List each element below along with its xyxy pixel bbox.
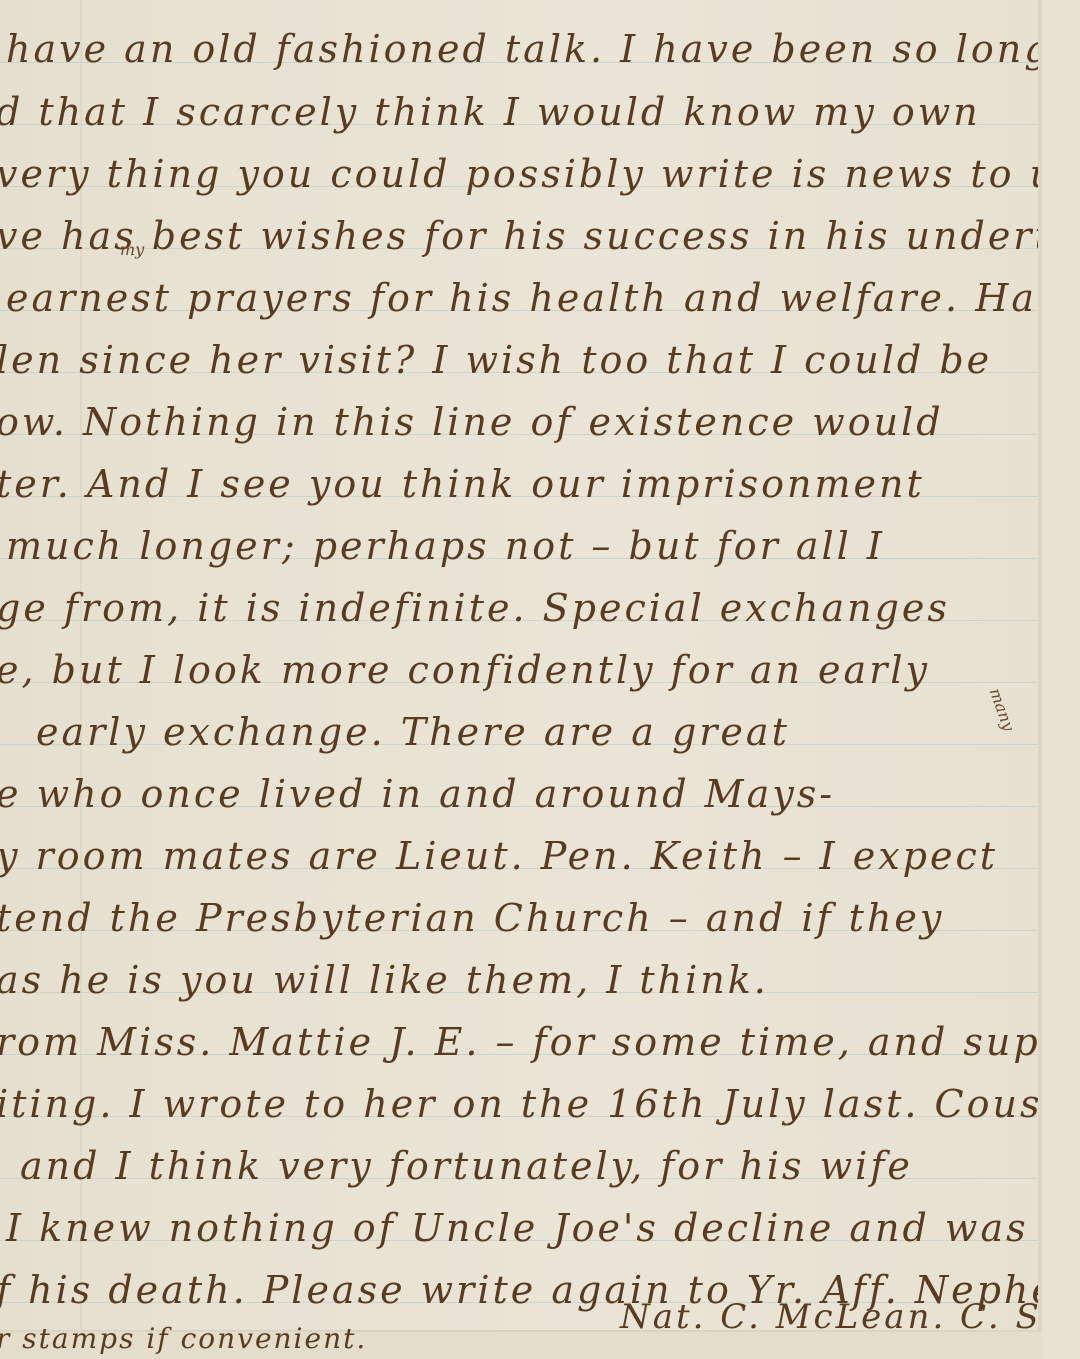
letter-paper: have an old fashioned talk. I have been … [0,0,1040,1330]
letter-line: much longer; perhaps not – but for all I [6,527,1046,565]
letter-line: rom Miss. Mattie J. E. – for some time, … [0,1023,1036,1061]
letter-line: iting. I wrote to her on the 16th July l… [0,1085,1036,1123]
signature: Nat. C. McLean. C. S. A. [620,1300,1040,1334]
letter-line: very thing you could possibly write is n… [0,155,1036,193]
letter-line: and I think very fortunately, for his wi… [20,1147,1060,1185]
mat-border [1042,0,1080,1359]
letter-line: ow. Nothing in this line of existence wo… [0,403,1036,441]
letter-line: e who once lived in and around Mays- [0,775,1036,813]
letter-page: have an old fashioned talk. I have been … [0,0,1080,1359]
letter-line: earnest prayers for his health and welfa… [6,279,1046,317]
letter-line: as he is you will like them, I think. [0,961,1036,999]
letter-line: have an old fashioned talk. I have been … [6,30,1046,68]
letter-line: I knew nothing of Uncle Joe's decline an… [6,1209,1046,1247]
letter-line: early exchange. There are a great [36,713,1076,751]
letter-line: ter. And I see you think our imprisonmen… [0,465,1036,503]
caret-insertion: my [120,240,144,259]
letter-line: len since her visit? I wish too that I c… [0,341,1036,379]
letter-line: tend the Presbyterian Church – and if th… [0,899,1036,937]
letter-line: ge from, it is indefinite. Special excha… [0,589,1036,627]
letter-line: y room mates are Lieut. Pen. Keith – I e… [0,837,1036,875]
letter-line: ve has best wishes for his success in hi… [0,217,1036,255]
letter-line: e, but I look more confidently for an ea… [0,651,1036,689]
letter-line: d that I scarcely think I would know my … [0,93,1036,131]
